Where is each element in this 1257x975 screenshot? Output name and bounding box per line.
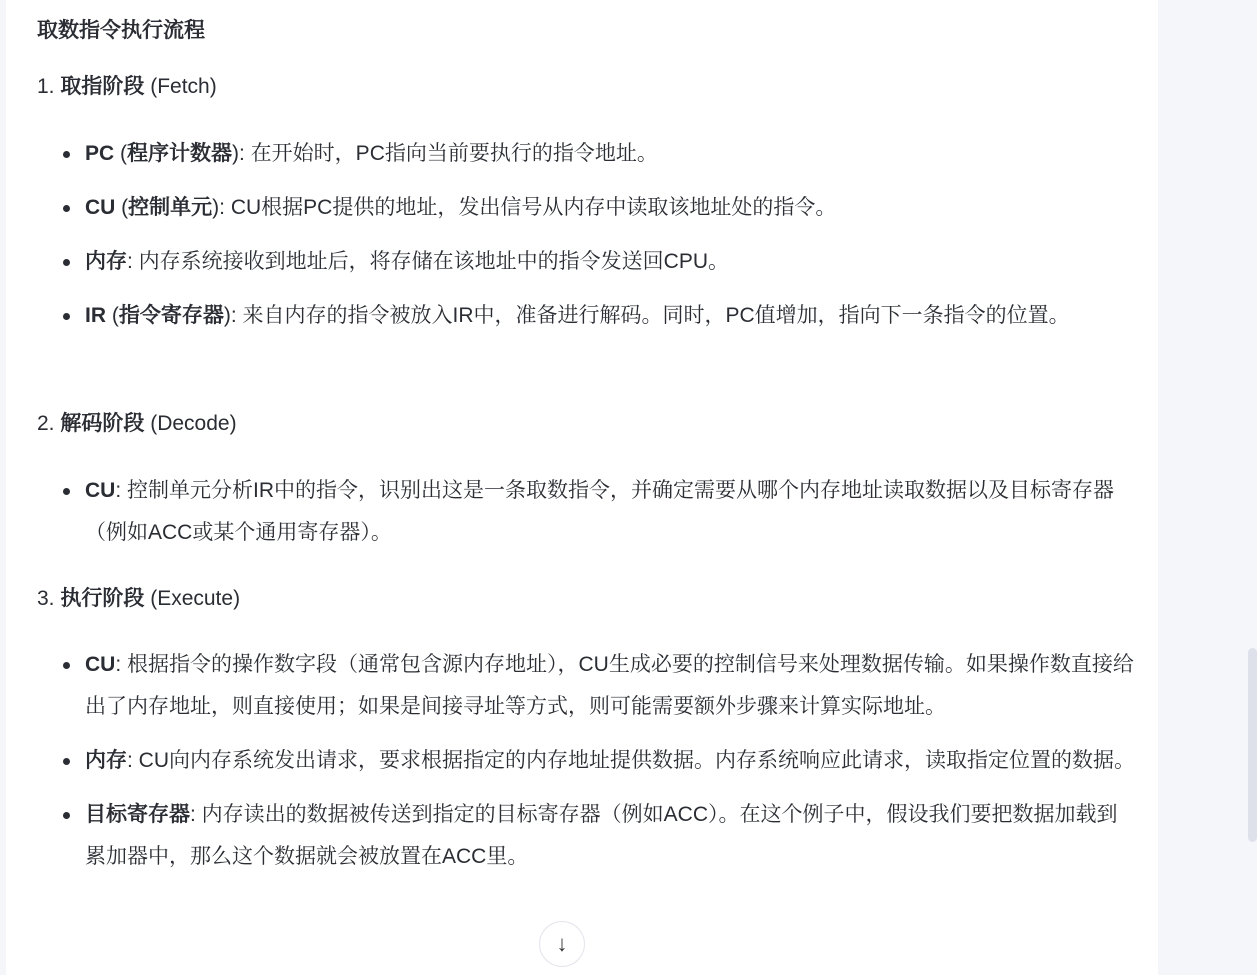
item-text: : 控制单元分析IR中的指令，识别出这是一条取数指令，并确定需要从哪个内存地址读…: [85, 479, 1114, 544]
term: 目标寄存器: [85, 803, 190, 826]
right-side-panel: [1158, 0, 1257, 975]
scroll-to-bottom-button[interactable]: ↓: [539, 921, 585, 967]
list-item: 目标寄存器: 内存读出的数据被传送到指定的目标寄存器（例如ACC）。在这个例子中…: [85, 794, 1135, 878]
term: CU: [85, 196, 115, 219]
item-text: : 内存读出的数据被传送到指定的目标寄存器（例如ACC）。在这个例子中，假设我们…: [85, 803, 1118, 868]
list-item: 内存: 内存系统接收到地址后，将存储在该地址中的指令发送回CPU。: [85, 241, 1135, 283]
section-heading-fetch: 1. 取指阶段 (Fetch): [37, 72, 217, 102]
document-title: 取数指令执行流程: [37, 16, 205, 46]
item-text: : 来自内存的指令被放入IR中，准备进行解码。同时，PC值增加，指向下一条指令的…: [231, 304, 1070, 327]
term-paren: 程序计数器: [127, 142, 232, 165]
arrow-down-icon: ↓: [557, 931, 568, 957]
section-title-en: (Fetch): [150, 75, 217, 98]
term: 内存: [85, 749, 127, 772]
section-number: 3.: [37, 587, 55, 610]
list-item: CU: 根据指令的操作数字段（通常包含源内存地址），CU生成必要的控制信号来处理…: [85, 644, 1135, 728]
section-number: 1.: [37, 75, 55, 98]
section-title-en: (Decode): [150, 412, 236, 435]
item-text: : 内存系统接收到地址后，将存储在该地址中的指令发送回CPU。: [127, 250, 729, 273]
section-number: 2.: [37, 412, 55, 435]
item-text: : 在开始时，PC指向当前要执行的指令地址。: [239, 142, 658, 165]
item-text: : 根据指令的操作数字段（通常包含源内存地址），CU生成必要的控制信号来处理数据…: [85, 653, 1134, 718]
fetch-list: PC (程序计数器): 在开始时，PC指向当前要执行的指令地址。 CU (控制单…: [85, 133, 1135, 337]
execute-list: CU: 根据指令的操作数字段（通常包含源内存地址），CU生成必要的控制信号来处理…: [85, 644, 1135, 878]
term: PC: [85, 142, 114, 165]
item-text: : CU根据PC提供的地址，发出信号从内存中读取该地址处的指令。: [219, 196, 836, 219]
scrollbar-thumb[interactable]: [1248, 648, 1257, 842]
list-item: IR (指令寄存器): 来自内存的指令被放入IR中，准备进行解码。同时，PC值增…: [85, 295, 1135, 337]
term: IR: [85, 304, 106, 327]
term: CU: [85, 653, 115, 676]
list-item: CU (控制单元): CU根据PC提供的地址，发出信号从内存中读取该地址处的指令…: [85, 187, 1135, 229]
section-title-en: (Execute): [150, 587, 240, 610]
section-title: 执行阶段: [60, 587, 144, 610]
item-text: : CU向内存系统发出请求，要求根据指定的内存地址提供数据。内存系统响应此请求，…: [127, 749, 1135, 772]
list-item: 内存: CU向内存系统发出请求，要求根据指定的内存地址提供数据。内存系统响应此请…: [85, 740, 1135, 782]
decode-list: CU: 控制单元分析IR中的指令，识别出这是一条取数指令，并确定需要从哪个内存地…: [85, 470, 1135, 554]
section-title: 解码阶段: [60, 412, 144, 435]
term: 内存: [85, 250, 127, 273]
section-title: 取指阶段: [60, 75, 144, 98]
term: CU: [85, 479, 115, 502]
list-item: CU: 控制单元分析IR中的指令，识别出这是一条取数指令，并确定需要从哪个内存地…: [85, 470, 1135, 554]
list-item: PC (程序计数器): 在开始时，PC指向当前要执行的指令地址。: [85, 133, 1135, 175]
chat-message-area: 取数指令执行流程 1. 取指阶段 (Fetch) PC (程序计数器): 在开始…: [6, 0, 1158, 975]
section-heading-decode: 2. 解码阶段 (Decode): [37, 409, 237, 439]
term-paren: 控制单元: [128, 196, 212, 219]
term-paren: 指令寄存器: [119, 304, 224, 327]
section-heading-execute: 3. 执行阶段 (Execute): [37, 584, 240, 614]
